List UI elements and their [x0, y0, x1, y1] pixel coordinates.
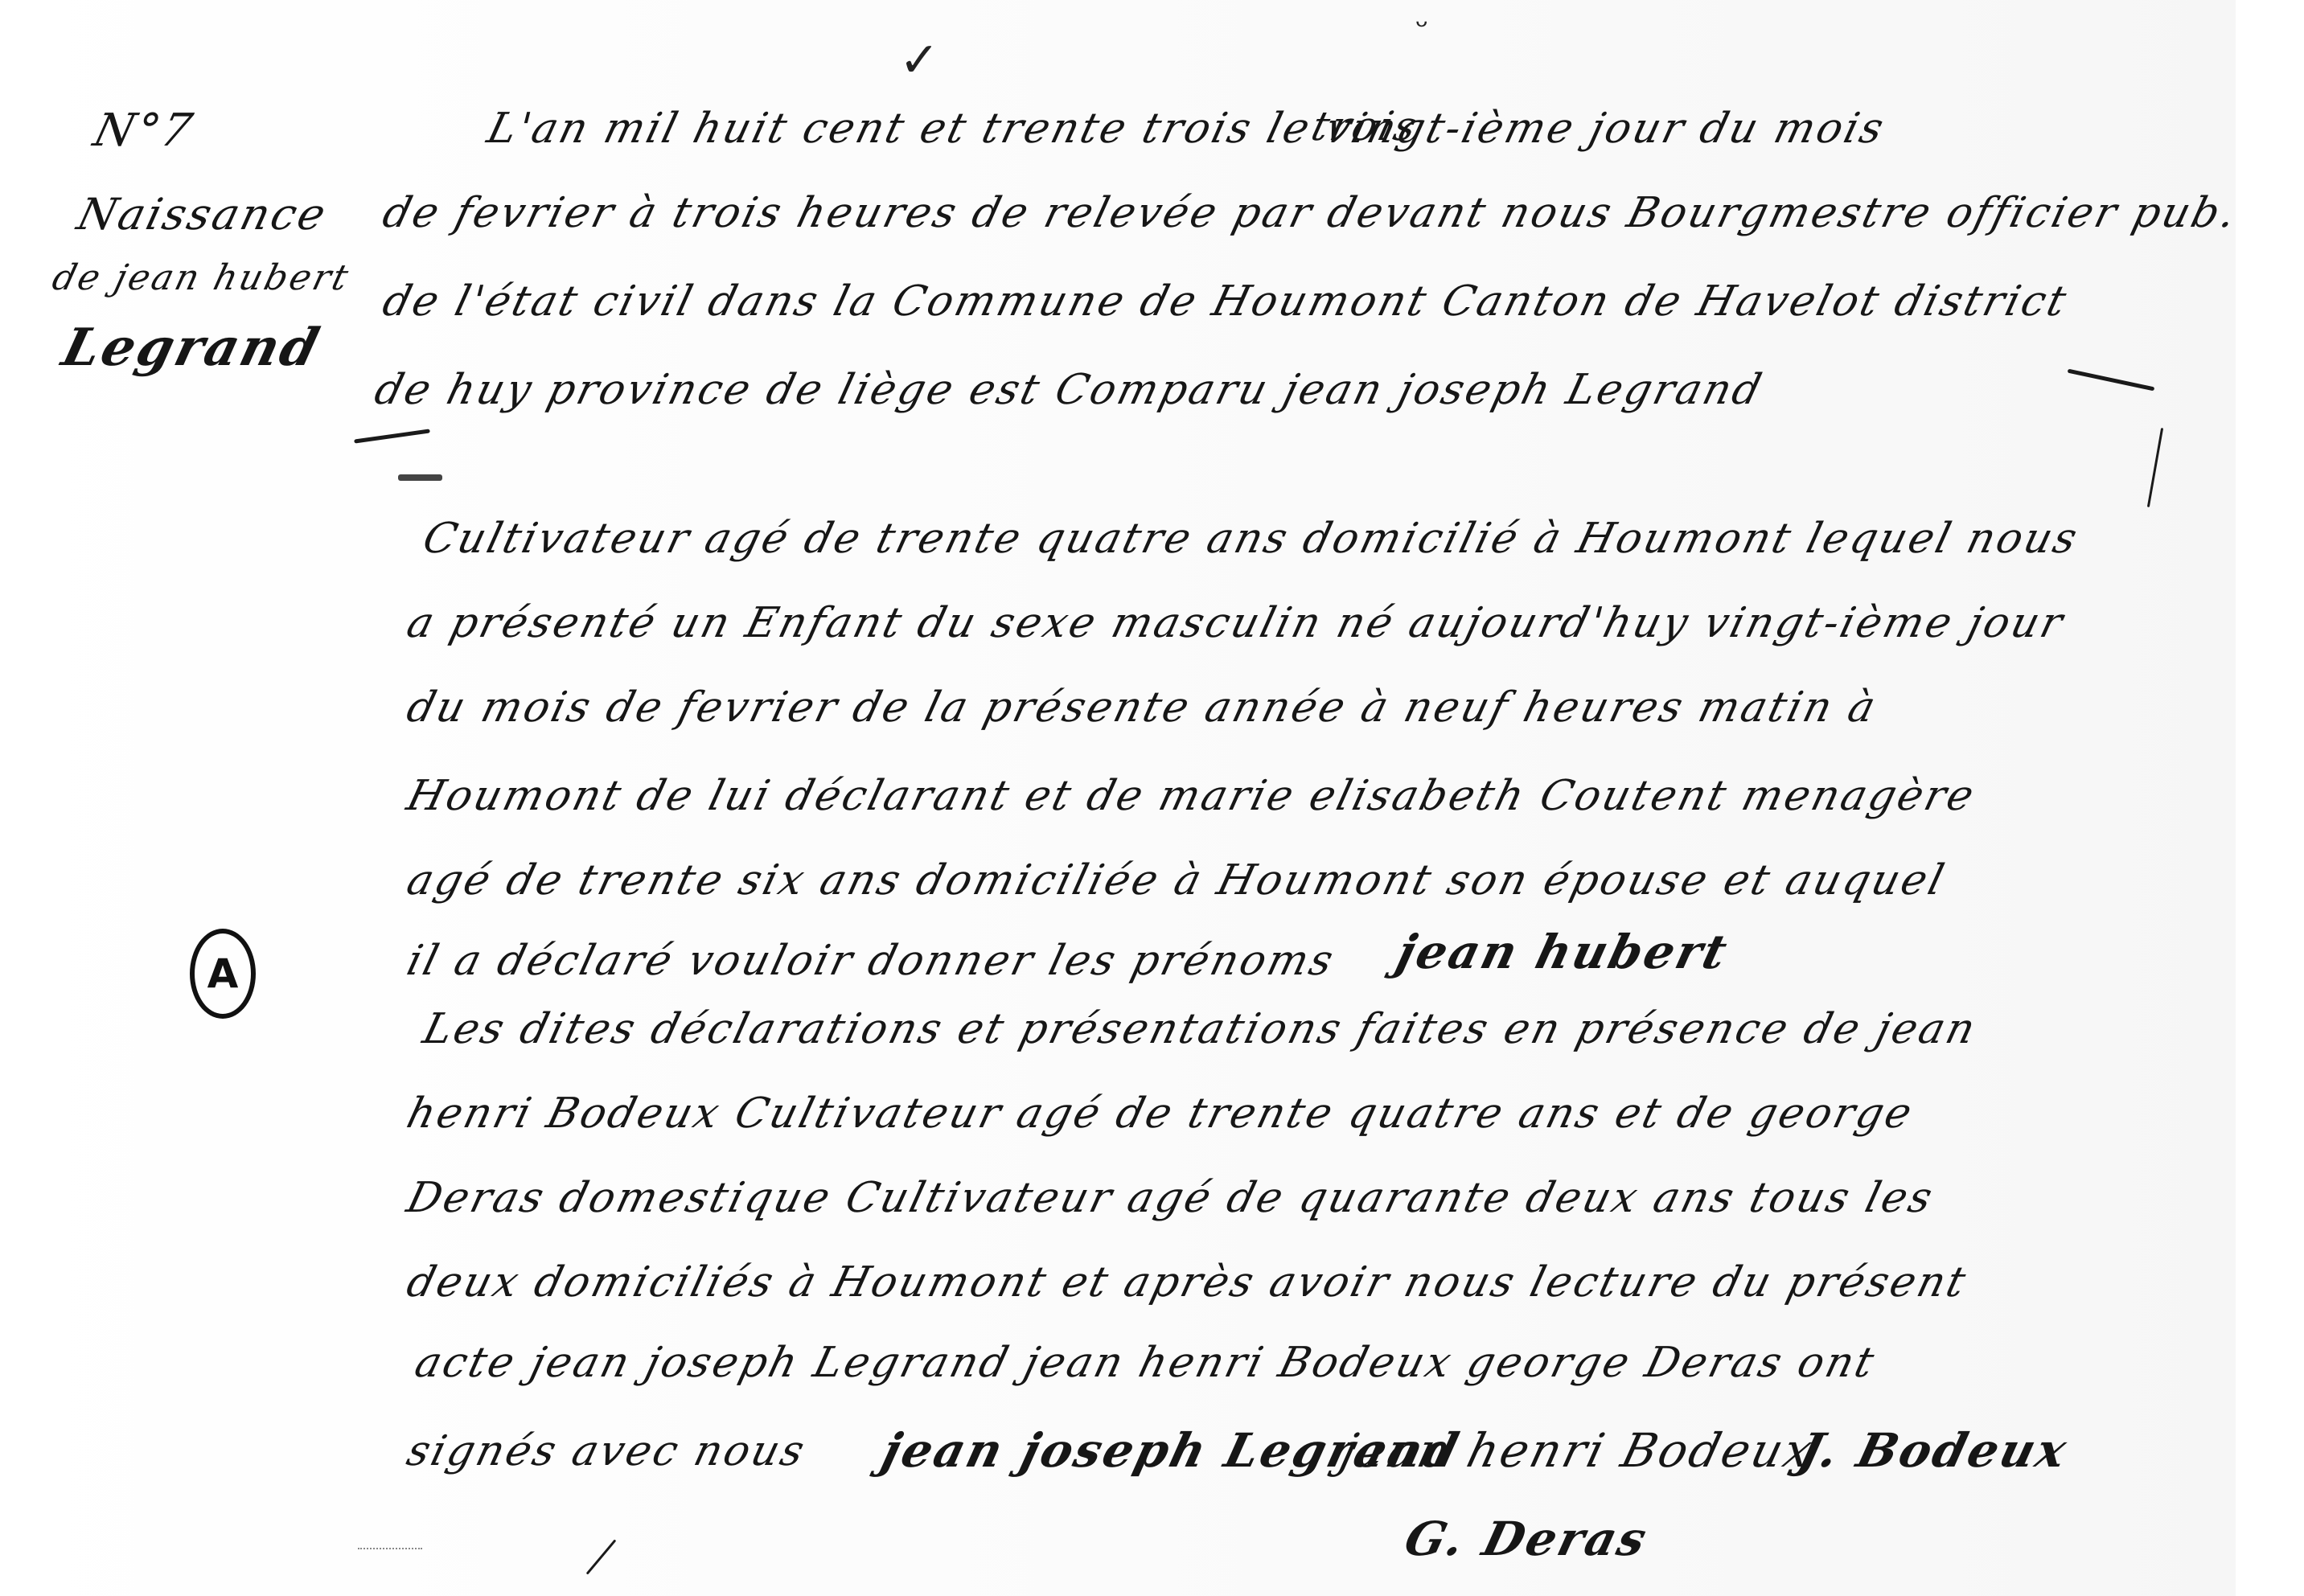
body-line-10: il a déclaré vouloir donner les prénoms — [402, 937, 1340, 985]
body-line-9: agé de trente six ans domiciliée à Houmo… — [402, 856, 1951, 905]
ink-smudge — [398, 474, 442, 481]
body-line-8: Houmont de lui déclarant et de marie eli… — [402, 772, 1981, 820]
body-line-16: signés avec nous — [402, 1427, 811, 1475]
body-line-5: Cultivateur agé de trente quatre ans dom… — [418, 515, 2084, 563]
signature-witness-1: jean henri Bodeux — [1335, 1423, 1820, 1478]
body-line-4: de huy province de liège est Comparu jea… — [370, 366, 1768, 414]
check-mark: ✓ — [899, 32, 939, 88]
annotation-letter: A — [207, 950, 239, 997]
margin-subject: de jean hubert — [48, 257, 355, 298]
body-line-14: deux domiciliés à Houmont et après avoir… — [402, 1258, 1973, 1307]
inserted-given-names: jean hubert — [1391, 925, 1735, 979]
annotation-stamp: A — [190, 929, 256, 1019]
caret-mark: ᵕ — [1415, 8, 1429, 45]
body-line-15: acte jean joseph Legrand jean henri Bode… — [410, 1339, 1881, 1387]
body-line-12: henri Bodeux Cultivateur agé de trente q… — [402, 1089, 1919, 1138]
signature-witness-1b: J. Bodeux — [1793, 1423, 2074, 1478]
body-line-11: Les dites déclarations et présentations … — [418, 1005, 1982, 1053]
margin-surname: Legrand — [56, 318, 327, 378]
body-line-3: de l'état civil dans la Commune de Houmo… — [378, 277, 2073, 326]
page-edge — [2236, 0, 2304, 1596]
body-line-1: L'an mil huit cent et trente trois le vi… — [483, 105, 1891, 153]
margin-heading: Naissance — [72, 189, 333, 240]
body-line-7: du mois de fevrier de la présente année … — [402, 683, 1883, 732]
body-line-13: Deras domestique Cultivateur agé de quar… — [402, 1174, 1939, 1222]
signature-witness-2: G. Deras — [1399, 1512, 1654, 1566]
bottom-dotted-rule — [358, 1548, 422, 1549]
record-number: N°7 — [88, 105, 199, 157]
body-line-6: a présenté un Enfant du sexe masculin né… — [402, 599, 2070, 647]
body-line-2: de fevrier à trois heures de relevée par… — [378, 189, 2243, 237]
